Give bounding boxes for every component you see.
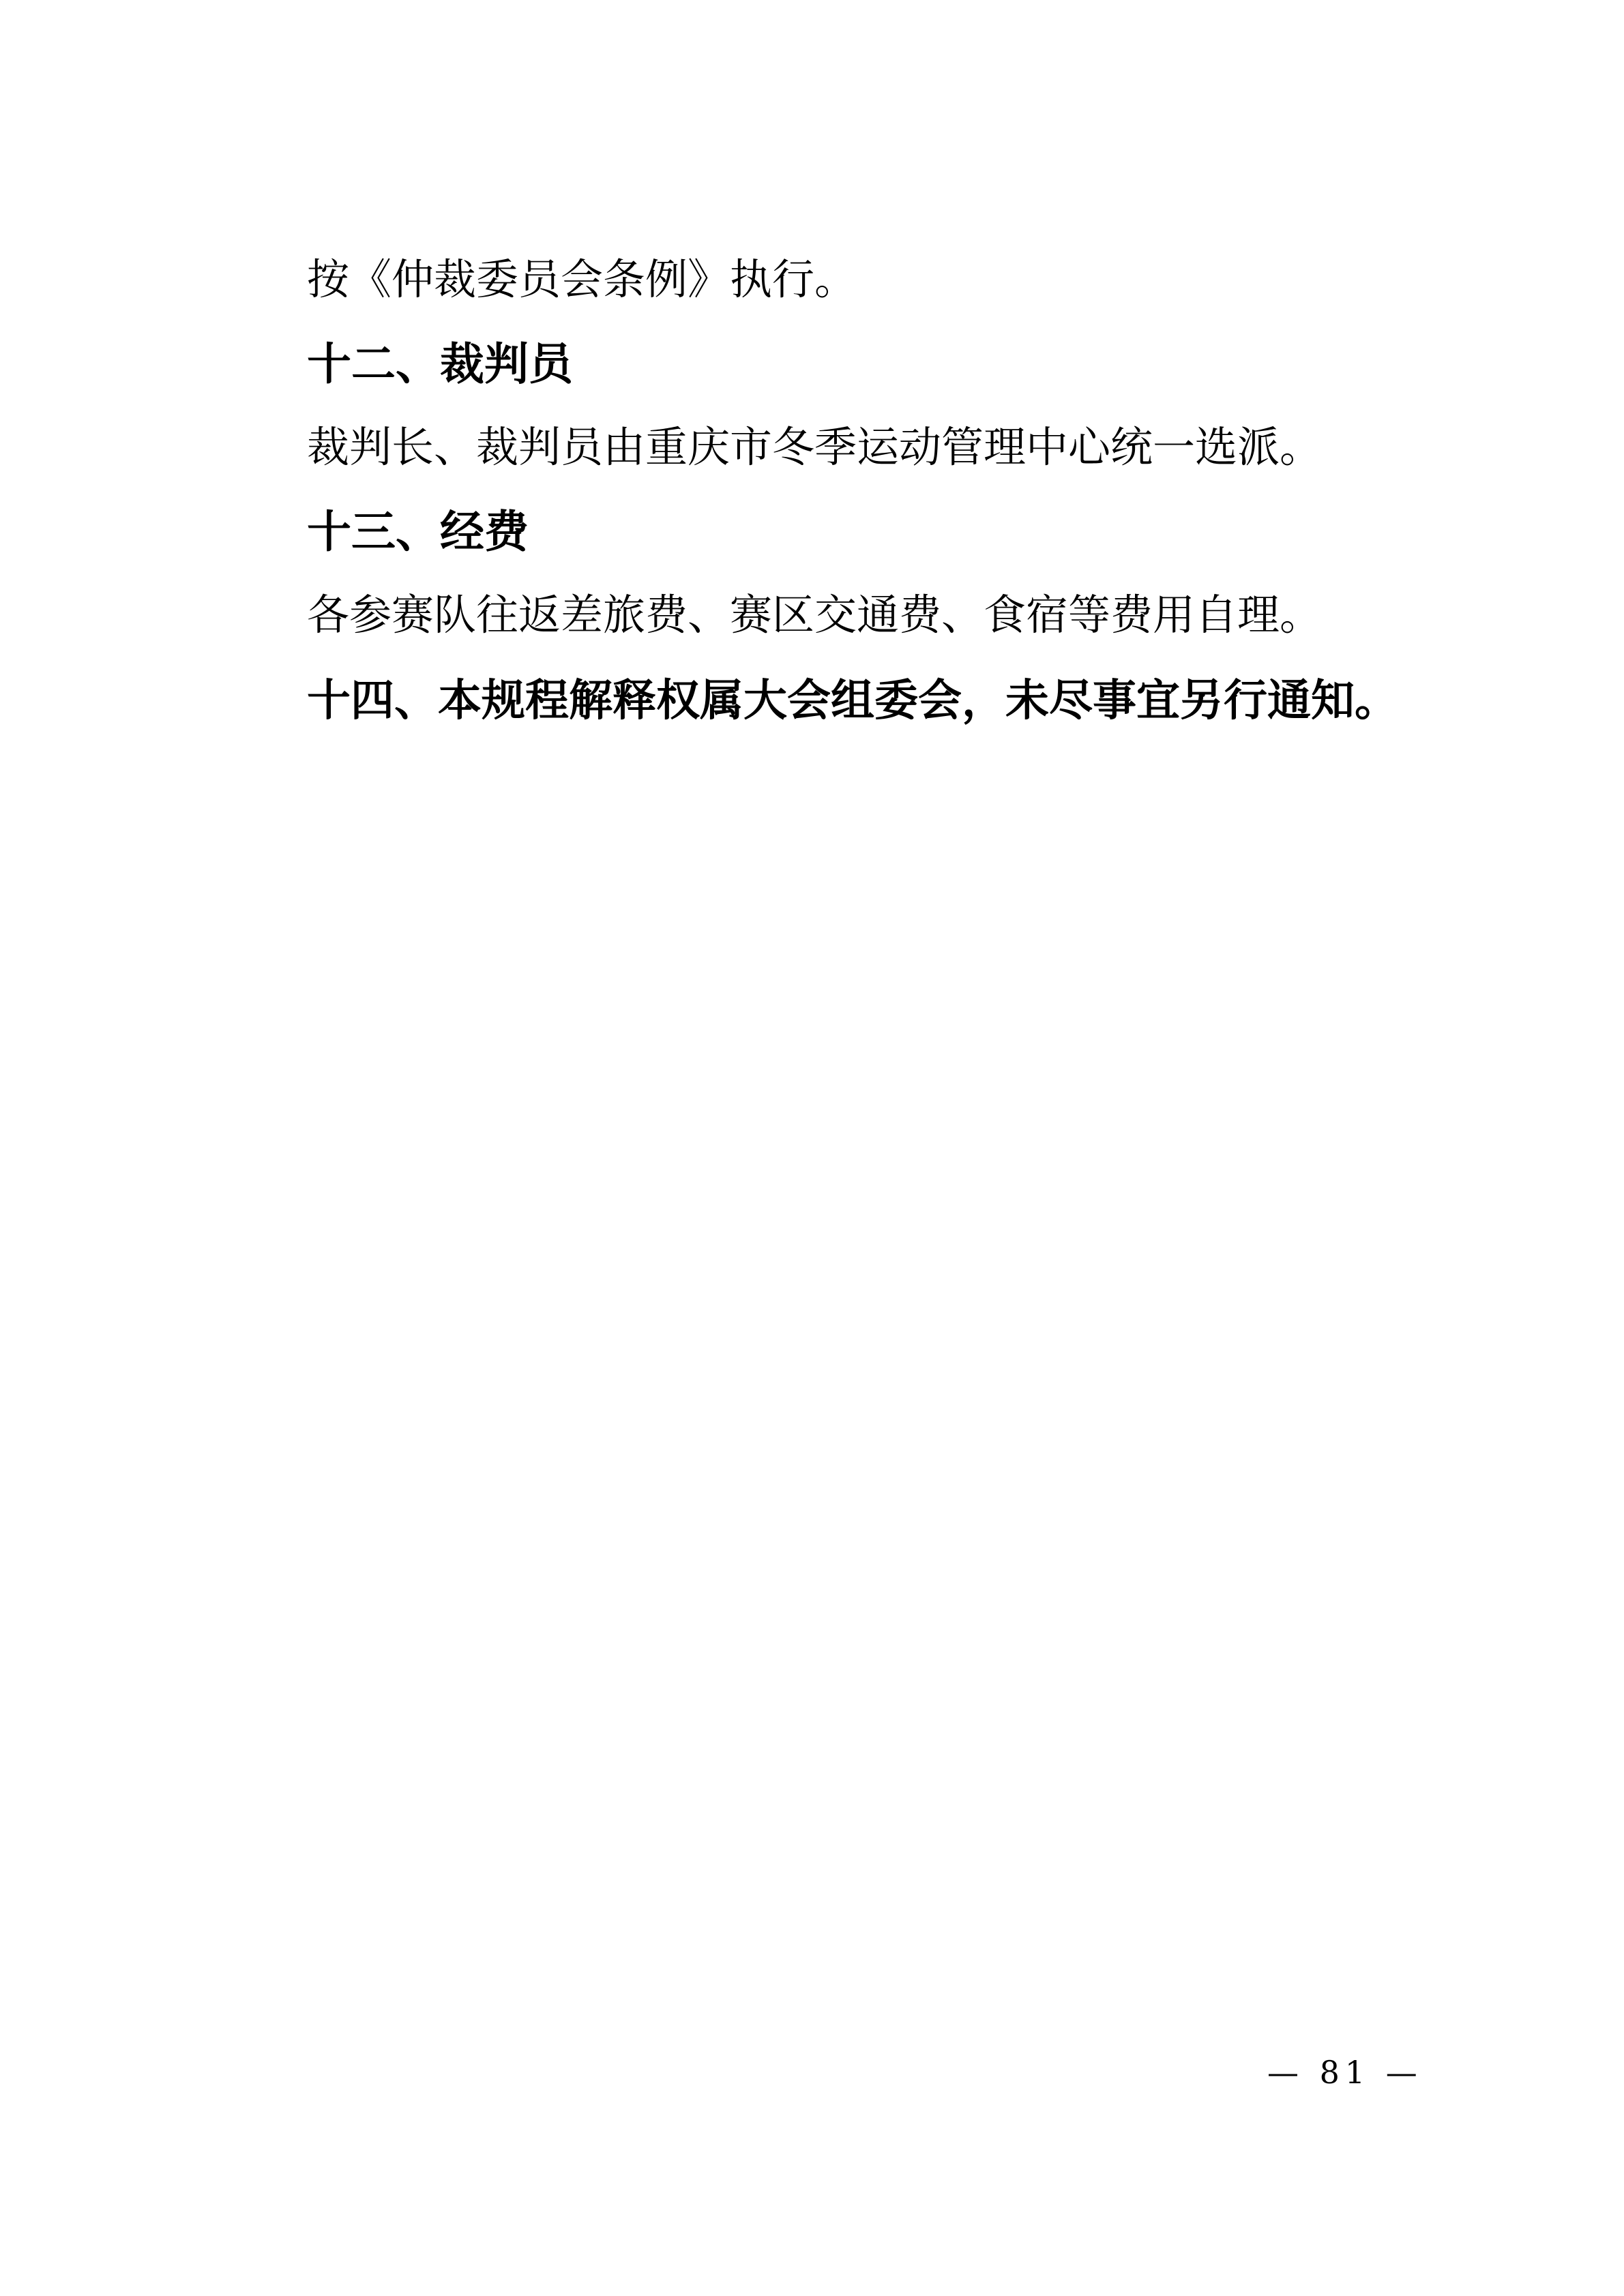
paragraph-arbitration-rule: 按《仲裁委员会条例》执行。: [307, 259, 857, 301]
paragraph-expenses-self-pay: 各参赛队往返差旅费、赛区交通费、食宿等费用自理。: [307, 595, 1322, 637]
heading-section-13-expenses: 十三、经费: [307, 509, 529, 554]
page-number: — 81 —: [1267, 2057, 1423, 2088]
document-page: 按《仲裁委员会条例》执行。 十二、裁判员 裁判长、裁判员由重庆市冬季运动管理中心…: [0, 0, 1624, 2296]
heading-section-12-referees: 十二、裁判员: [307, 342, 573, 386]
paragraph-section-14-interpretation: 十四、本规程解释权属大会组委会，未尽事宜另行通知。: [307, 679, 1398, 722]
paragraph-referee-assignment: 裁判长、裁判员由重庆市冬季运动管理中心统一选派。: [307, 427, 1322, 469]
